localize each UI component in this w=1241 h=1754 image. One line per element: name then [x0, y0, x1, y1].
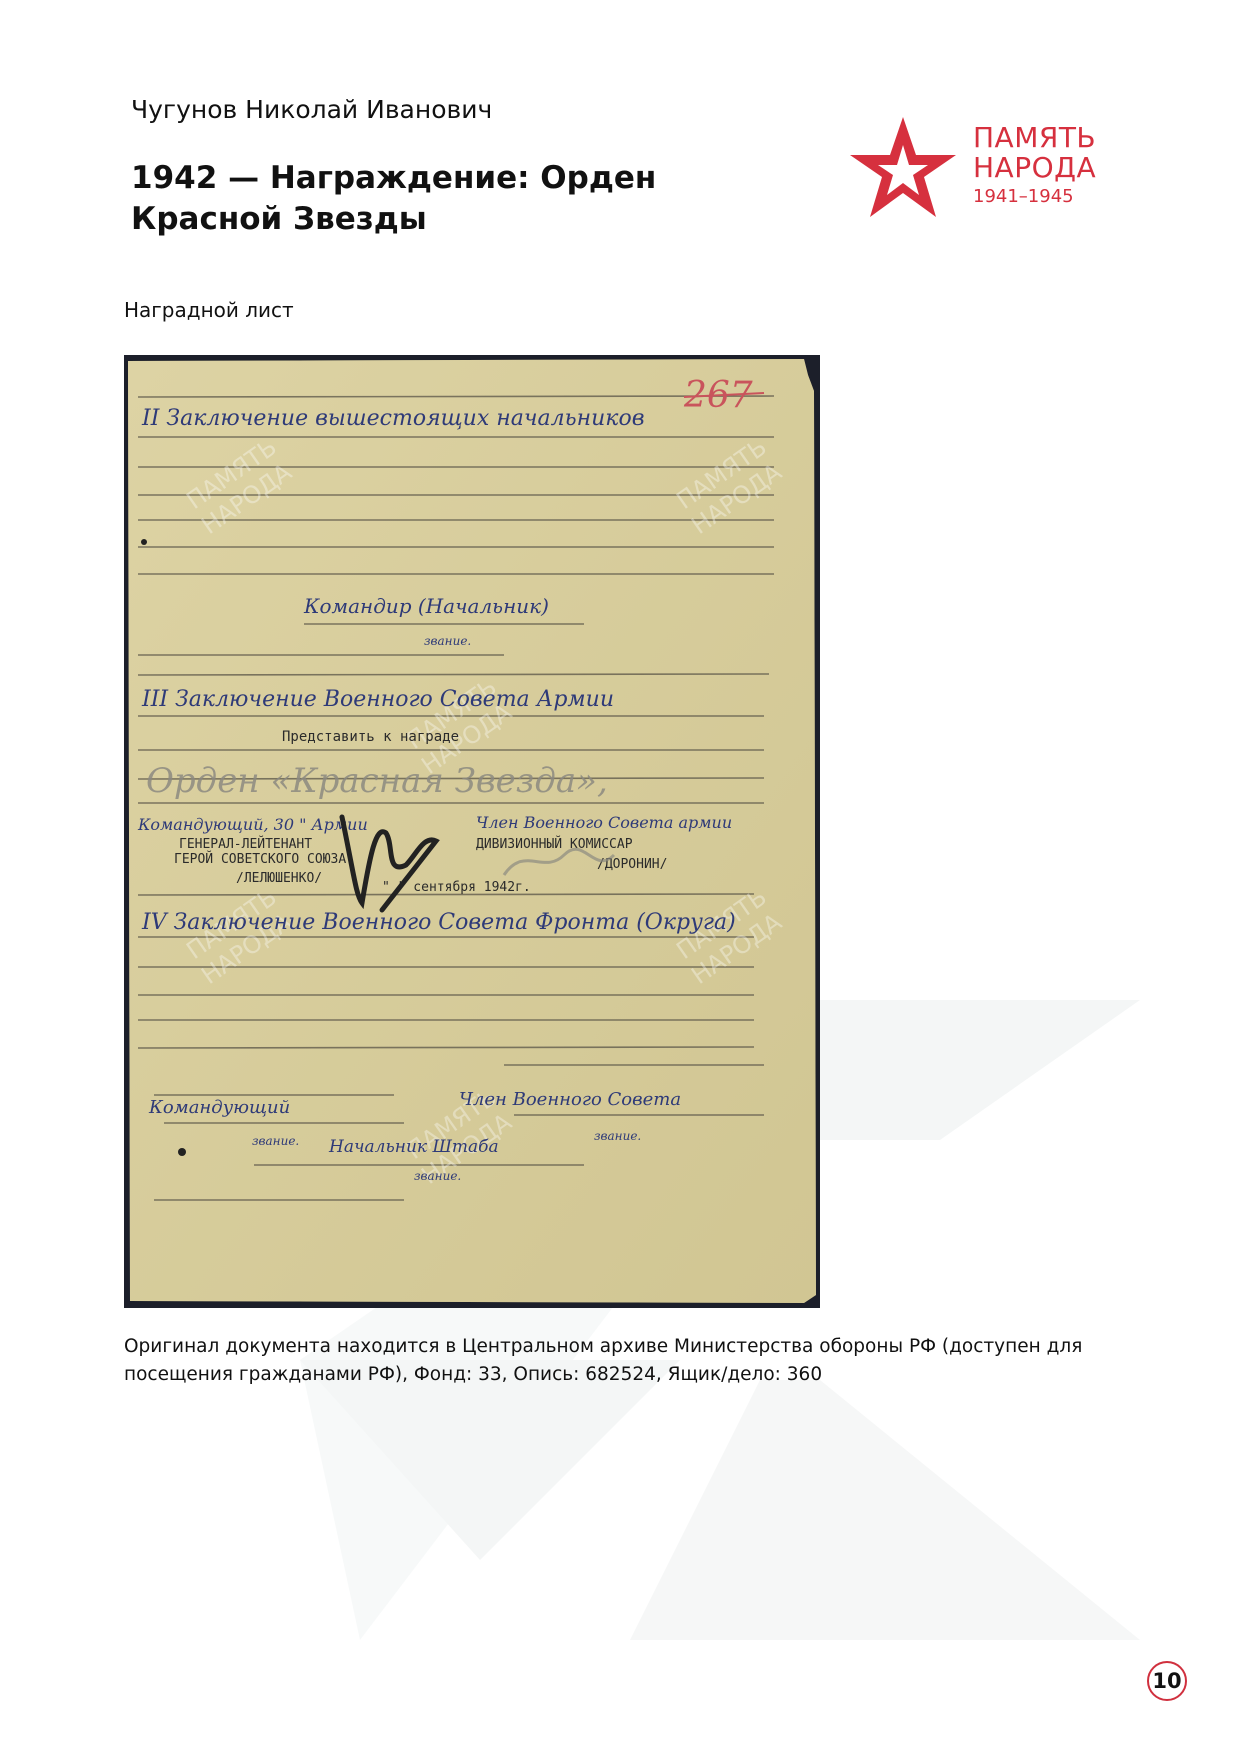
- pamyat-naroda-logo[interactable]: ПАМЯТЬ НАРОДА 1941–1945: [848, 115, 1138, 220]
- document-label: Наградной лист: [124, 298, 294, 322]
- award-title: 1942 — Награждение: Орден Красной Звезды: [131, 158, 751, 240]
- section-3-heading: III Заключение Военного Совета Армии: [141, 687, 614, 712]
- svg-text:звание.: звание.: [594, 1129, 641, 1143]
- svg-text:/ЛЕЛЮШЕНКО/: /ЛЕЛЮШЕНКО/: [236, 871, 322, 886]
- logo-text: ПАМЯТЬ НАРОДА 1941–1945: [973, 123, 1096, 209]
- svg-text:Член Военного Совета: Член Военного Совета: [459, 1089, 681, 1110]
- svg-text:Член Военного Совета армии: Член Военного Совета армии: [476, 813, 732, 832]
- person-name: Чугунов Николай Иванович: [131, 95, 492, 124]
- svg-text:ГЕРОЙ СОВЕТСКОГО СОЮЗА: ГЕРОЙ СОВЕТСКОГО СОЮЗА: [174, 851, 346, 867]
- svg-text:Командующий: Командующий: [148, 1097, 290, 1118]
- recommend-text: Представить к награде: [282, 729, 459, 745]
- svg-text:ГЕНЕРАЛ-ЛЕЙТЕНАНТ: ГЕНЕРАЛ-ЛЕЙТЕНАНТ: [179, 836, 312, 852]
- award-sheet-scan: ПАМЯТЬ НАРОДА ПАМЯТЬ НАРОДА ПАМЯТЬ НАРОД…: [124, 355, 820, 1308]
- commander-signature-label: Командир (Начальник): [303, 594, 549, 618]
- svg-text:Командующий, 30 " Армии: Командующий, 30 " Армии: [137, 815, 368, 834]
- red-star-icon: [848, 115, 958, 220]
- svg-text:звание.: звание.: [424, 634, 471, 648]
- section-2-heading: II Заключение вышестоящих начальников: [141, 406, 645, 431]
- logo-years: 1941–1945: [973, 185, 1096, 209]
- svg-text:звание.: звание.: [252, 1134, 299, 1148]
- section-4-heading: IV Заключение Военного Совета Фронта (Ок…: [141, 910, 736, 935]
- page-number: 10: [1147, 1661, 1187, 1701]
- award-handwritten: Орден «Красная Звезда»,: [146, 761, 608, 801]
- logo-line-2: НАРОДА: [973, 153, 1096, 183]
- svg-text:Начальник Штаба: Начальник Штаба: [328, 1137, 499, 1157]
- logo-line-1: ПАМЯТЬ: [973, 123, 1096, 153]
- svg-text:ДИВИЗИОННЫЙ КОМИССАР: ДИВИЗИОННЫЙ КОМИССАР: [476, 836, 633, 852]
- svg-text:звание.: звание.: [414, 1169, 461, 1183]
- archive-caption: Оригинал документа находится в Центральн…: [124, 1333, 1124, 1389]
